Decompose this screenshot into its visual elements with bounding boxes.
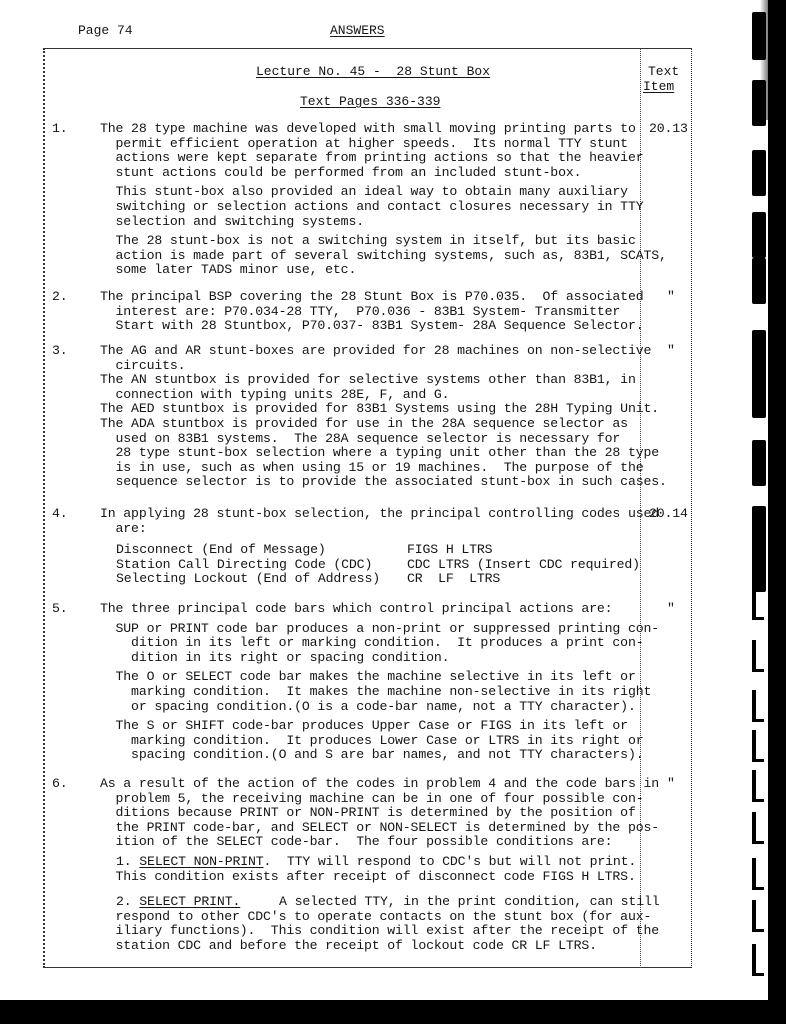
answer-line: the PRINT code-bar, and SELECT or NON-SE… (100, 821, 659, 836)
answer-line: is in use, such as when using 15 or 19 m… (100, 461, 643, 476)
code-function: Station Call Directing Code (CDC) (116, 558, 372, 573)
item-number: 6. (52, 777, 68, 792)
condition-text: A selected TTY, in the print condition, … (240, 894, 659, 909)
text-pages: Text Pages 336-339 (300, 94, 440, 109)
binding-mark (752, 588, 764, 620)
condition-heading: 2. SELECT PRINT. A selected TTY, in the … (116, 895, 659, 910)
answer-line: The principal BSP covering the 28 Stunt … (100, 290, 643, 305)
answer-line: The three principal code bars which cont… (100, 602, 612, 617)
binding-mark (752, 900, 764, 932)
condition-number: 2. (116, 894, 139, 909)
answer-line: The 28 stunt-box is not a switching syst… (100, 234, 636, 249)
item-number: 1. (52, 122, 68, 137)
answer-line: The O or SELECT code bar makes the machi… (100, 670, 636, 685)
answer-line: action is made part of several switching… (100, 249, 667, 264)
item-number: 3. (52, 344, 68, 359)
text-item-ref: " (667, 777, 675, 792)
column-header-item: Item (643, 79, 674, 94)
answer-line: connection with typing units 28E, F, and… (100, 388, 449, 403)
answer-line: circuits. (100, 359, 185, 374)
binding-mark (752, 640, 764, 672)
answer-line: permit efficient operation at higher spe… (100, 137, 628, 152)
answer-line: SUP or PRINT code bar produces a non-pri… (100, 622, 659, 637)
answer-line: The AG and AR stunt-boxes are provided f… (100, 344, 651, 359)
code-value: FIGS H LTRS (407, 543, 492, 558)
binding-mark (752, 80, 766, 126)
code-value: CR LF LTRS (407, 572, 500, 587)
binding-edge (768, 0, 786, 1024)
answer-line: 28 type stunt-box selection where a typi… (100, 446, 659, 461)
section-title: ANSWERS (330, 23, 385, 38)
condition-heading: 1. SELECT NON-PRINT. TTY will respond to… (116, 855, 636, 870)
answer-line: sequence selector is to provide the asso… (100, 475, 667, 490)
answer-line: The AED stuntbox is provided for 83B1 Sy… (100, 402, 659, 417)
binding-mark (752, 258, 766, 304)
answer-line: problem 5, the receiving machine can be … (100, 792, 643, 807)
answer-line: The ADA stuntbox is provided for use in … (100, 417, 628, 432)
answer-line: As a result of the action of the codes i… (100, 777, 659, 792)
binding-mark (752, 212, 766, 258)
condition-title: SELECT PRINT. (139, 894, 240, 909)
code-function: Selecting Lockout (End of Address) (116, 572, 380, 587)
page-number: Page 74 (78, 23, 133, 38)
condition-line: station CDC and before the receipt of lo… (100, 939, 597, 954)
answer-line: The 28 type machine was developed with s… (100, 122, 636, 137)
answer-line: interest are: P70.034-28 TTY, P70.036 - … (100, 305, 620, 320)
answer-line: marking condition. It makes the machine … (100, 685, 651, 700)
binding-mark (752, 858, 764, 890)
answer-line: marking condition. It produces Lower Cas… (100, 734, 643, 749)
code-function: Disconnect (End of Message) (116, 543, 326, 558)
binding-mark (752, 546, 766, 592)
binding-mark (752, 150, 766, 196)
answer-line: dition in its left or marking condition.… (100, 636, 643, 651)
answer-line: actions were kept separate from printing… (100, 151, 643, 166)
binding-mark (752, 944, 764, 976)
binding-mark (752, 730, 764, 762)
answer-line: are: (100, 522, 147, 537)
binding-mark (752, 770, 764, 802)
condition-number: 1. (116, 854, 139, 869)
answer-line: some later TADS minor use, etc. (100, 263, 356, 278)
answer-line: selection and switching systems. (100, 215, 364, 230)
text-item-ref: 20.13 (649, 122, 688, 137)
answer-line: dition in its right or spacing condition… (100, 651, 449, 666)
scan-border (0, 1000, 786, 1024)
answer-line: ditions because PRINT or NON-PRINT is de… (100, 806, 636, 821)
condition-line: respond to other CDC's to operate contac… (100, 910, 651, 925)
binding-mark (752, 330, 766, 376)
text-item-ref: " (667, 602, 675, 617)
binding-mark (752, 812, 764, 844)
item-number: 2. (52, 290, 68, 305)
item-number: 4. (52, 507, 68, 522)
lecture-title: Lecture No. 45 - 28 Stunt Box (256, 64, 490, 79)
item-number: 5. (52, 602, 68, 617)
answer-line: Start with 28 Stuntbox, P70.037- 83B1 Sy… (100, 319, 643, 334)
binding-mark (752, 372, 766, 418)
code-value: CDC LTRS (Insert CDC required) (407, 558, 640, 573)
text-item-ref: " (667, 290, 675, 305)
answer-line: stunt actions could be performed from an… (100, 166, 581, 181)
answer-line: used on 83B1 systems. The 28A sequence s… (100, 432, 620, 447)
binding-mark (752, 12, 766, 60)
answer-line: switching or selection actions and conta… (100, 200, 643, 215)
column-header-text: Text (648, 64, 679, 79)
answer-line: The S or SHIFT code-bar produces Upper C… (100, 719, 628, 734)
binding-mark (752, 690, 764, 722)
binding-mark (752, 440, 766, 486)
condition-title: SELECT NON-PRINT (139, 854, 263, 869)
answer-line: In applying 28 stunt-box selection, the … (100, 507, 659, 522)
condition-line: iliary functions). This condition will e… (100, 924, 659, 939)
answer-line: ition of the SELECT code-bar. The four p… (100, 835, 612, 850)
answer-line: The AN stuntbox is provided for selectiv… (100, 373, 636, 388)
answer-line: spacing condition.(O and S are bar names… (100, 748, 643, 763)
text-item-ref: " (667, 344, 675, 359)
condition-text: . TTY will respond to CDC's but will not… (264, 854, 637, 869)
condition-line: This condition exists after receipt of d… (100, 870, 636, 885)
answer-line: This stunt-box also provided an ideal wa… (100, 185, 628, 200)
answer-line: or spacing condition.(O is a code-bar na… (100, 700, 636, 715)
